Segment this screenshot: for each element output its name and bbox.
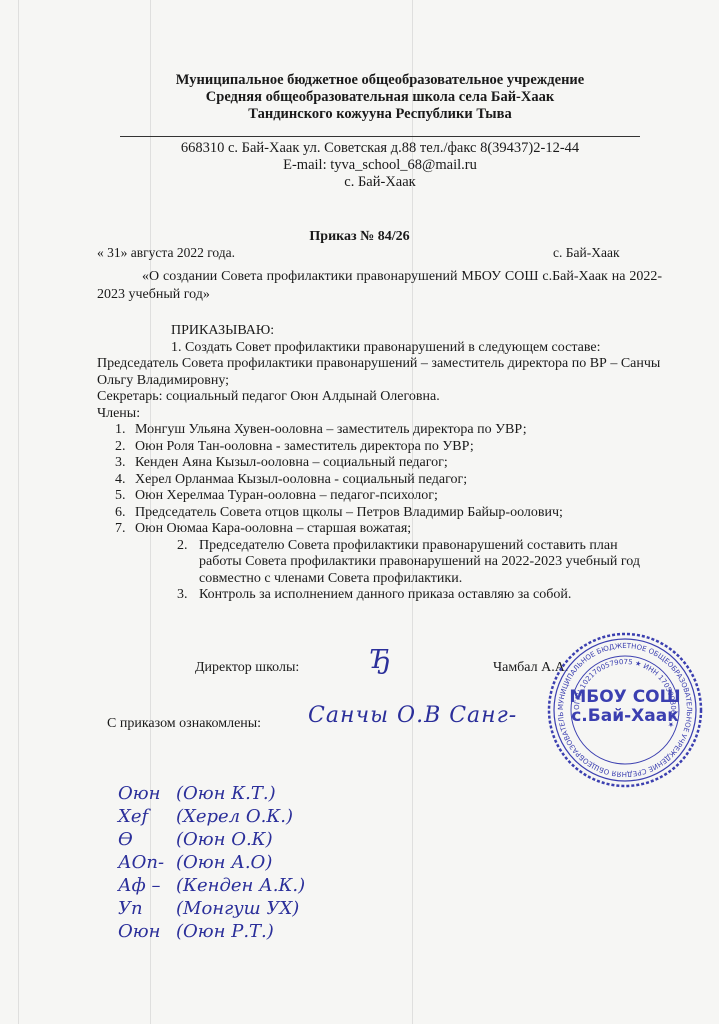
director-label: Директор школы: bbox=[195, 660, 299, 676]
signer-name: (Оюн О.К) bbox=[176, 829, 273, 850]
item-number: 2. bbox=[115, 439, 135, 456]
handwritten-signatures: Оюн(Оюн К.Т.) Хеf(Херел О.К.) Ѳ(Оюн О.К)… bbox=[118, 782, 305, 943]
order-body: ПРИКАЗЫВАЮ: 1. Создать Совет профилактик… bbox=[97, 323, 677, 604]
signature: Оюн bbox=[118, 920, 176, 943]
signature: Оюн bbox=[118, 782, 176, 805]
acknowledged-label: С приказом ознакомлены: bbox=[107, 716, 261, 732]
header-line: Тандинского кожууна Республики Тыва bbox=[120, 106, 640, 123]
order-date: « 31» августа 2022 года. bbox=[97, 245, 235, 261]
signature: Аф – bbox=[118, 874, 176, 897]
item-text: Контроль за исполнением данного приказа … bbox=[199, 587, 571, 602]
signer-name: (Оюн Р.Т.) bbox=[176, 921, 274, 942]
chairman-line: Председатель Совета профилактики правона… bbox=[97, 356, 677, 389]
signature-line: Ѳ(Оюн О.К) bbox=[118, 828, 305, 851]
member-text: Оюн Оюмаа Кара-ооловна – старшая вожатая… bbox=[135, 521, 411, 536]
signer-name: (Монгуш УХ) bbox=[176, 898, 299, 919]
signature-line: АОп-(Оюн А.О) bbox=[118, 851, 305, 874]
secretary-line: Секретарь: социальный педагог Оюн Алдына… bbox=[97, 389, 677, 406]
header-divider bbox=[120, 136, 640, 137]
scan-artifact bbox=[18, 0, 19, 1024]
director-signature: Ђ bbox=[370, 645, 391, 675]
address: 668310 с. Бай-Хаак ул. Советская д.88 те… bbox=[120, 140, 640, 157]
item-number: 4. bbox=[115, 472, 135, 489]
signature: АОп- bbox=[118, 851, 176, 874]
member-text: Оюн Херелмаа Туран-ооловна – педагог-пси… bbox=[135, 488, 438, 503]
item-number: 3. bbox=[177, 587, 197, 604]
village: с. Бай-Хаак bbox=[120, 174, 640, 191]
list-item: 7.Оюн Оюмаа Кара-ооловна – старшая вожат… bbox=[97, 521, 677, 538]
list-item: 2.Оюн Роля Тан-ооловна - заместитель дир… bbox=[97, 439, 677, 456]
list-item: 3.Контроль за исполнением данного приказ… bbox=[177, 587, 657, 604]
members-list: 1.Монгуш Ульяна Хувен-ооловна – заместит… bbox=[97, 422, 677, 538]
member-text: Оюн Роля Тан-ооловна - заместитель дирек… bbox=[135, 439, 474, 454]
email: E-mail: tyva_school_68@mail.ru bbox=[120, 157, 640, 174]
signer-name: (Херел О.К.) bbox=[176, 806, 293, 827]
signer-name: (Оюн А.О) bbox=[176, 852, 272, 873]
list-item: 2.Председателю Совета профилактики право… bbox=[177, 538, 657, 588]
list-item: 1.Монгуш Ульяна Хувен-ооловна – заместит… bbox=[97, 422, 677, 439]
stamp-line: с.Бай-Хаак bbox=[545, 707, 705, 726]
official-stamp: МУНИЦИПАЛЬНОЕ БЮДЖЕТНОЕ ОБЩЕОБРАЗОВАТЕЛЬ… bbox=[545, 630, 705, 790]
signature: Уп bbox=[118, 897, 176, 920]
list-item: 5.Оюн Херелмаа Туран-ооловна – педагог-п… bbox=[97, 488, 677, 505]
order-item-1: 1. Создать Совет профилактики правонаруш… bbox=[97, 340, 677, 357]
signer-name: (Кенден А.К.) bbox=[176, 875, 305, 896]
members-label: Члены: bbox=[97, 406, 677, 423]
item-number: 7. bbox=[115, 521, 135, 538]
signature-line: Уп(Монгуш УХ) bbox=[118, 897, 305, 920]
item-number: 6. bbox=[115, 505, 135, 522]
list-item: 4.Херел Орланмаа Кызыл-ооловна - социаль… bbox=[97, 472, 677, 489]
list-item: 6.Председатель Совета отцов щколы – Петр… bbox=[97, 505, 677, 522]
order-place: с. Бай-Хаак bbox=[553, 245, 620, 261]
member-text: Кенден Аяна Кызыл-ооловна – социальный п… bbox=[135, 455, 448, 470]
signer-name: (Оюн К.Т.) bbox=[176, 783, 276, 804]
member-text: Председатель Совета отцов щколы – Петров… bbox=[135, 505, 563, 520]
member-text: Херел Орланмаа Кызыл-ооловна - социальны… bbox=[135, 472, 467, 487]
member-text: Монгуш Ульяна Хувен-ооловна – заместител… bbox=[135, 422, 527, 437]
item-number: 5. bbox=[115, 488, 135, 505]
signature-line: Оюн(Оюн Р.Т.) bbox=[118, 920, 305, 943]
signature-line: Аф –(Кенден А.К.) bbox=[118, 874, 305, 897]
header-line: Средняя общеобразовательная школа села Б… bbox=[120, 89, 640, 106]
item-number: 1. bbox=[115, 422, 135, 439]
contact-block: 668310 с. Бай-Хаак ул. Советская д.88 те… bbox=[120, 140, 640, 191]
command-heading: ПРИКАЗЫВАЮ: bbox=[97, 323, 677, 340]
order-subject: «О создании Совета профилактики правонар… bbox=[97, 268, 662, 304]
signature-line: Хеf(Херел О.К.) bbox=[118, 805, 305, 828]
header-line: Муниципальное бюджетное общеобразователь… bbox=[120, 72, 640, 89]
item-number: 2. bbox=[177, 538, 197, 555]
order-title: Приказ № 84/26 bbox=[0, 229, 719, 245]
scanned-document: Муниципальное бюджетное общеобразователь… bbox=[0, 0, 719, 1024]
list-item: 3.Кенден Аяна Кызыл-ооловна – социальный… bbox=[97, 455, 677, 472]
school-header: Муниципальное бюджетное общеобразователь… bbox=[120, 72, 640, 123]
stamp-label: МБОУ СОШ с.Бай-Хаак bbox=[545, 688, 705, 726]
item-number: 3. bbox=[115, 455, 135, 472]
order-items: 2.Председателю Совета профилактики право… bbox=[97, 538, 677, 604]
signature: Хеf bbox=[118, 805, 176, 828]
handwritten-signature: Санчы О.В Санг- bbox=[308, 703, 517, 728]
signature: Ѳ bbox=[118, 828, 176, 851]
stamp-line: МБОУ СОШ bbox=[545, 688, 705, 707]
item-text: Председателю Совета профилактики правона… bbox=[199, 538, 640, 586]
signature-line: Оюн(Оюн К.Т.) bbox=[118, 782, 305, 805]
